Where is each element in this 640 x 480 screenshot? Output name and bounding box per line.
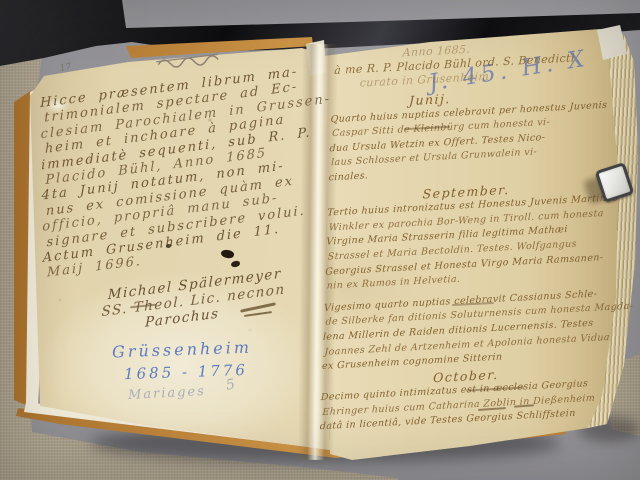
manuscript-photo-scene: 17 Hicce præsentem librum ma- trimoniale… [0,0,640,480]
left-page-inscription: Hicce præsentem librum ma- trimonialem s… [40,62,321,282]
right-page-entries: Anno 1685. à me R. P. Placido Bühl ord. … [320,35,619,435]
ink-blot [166,244,171,248]
